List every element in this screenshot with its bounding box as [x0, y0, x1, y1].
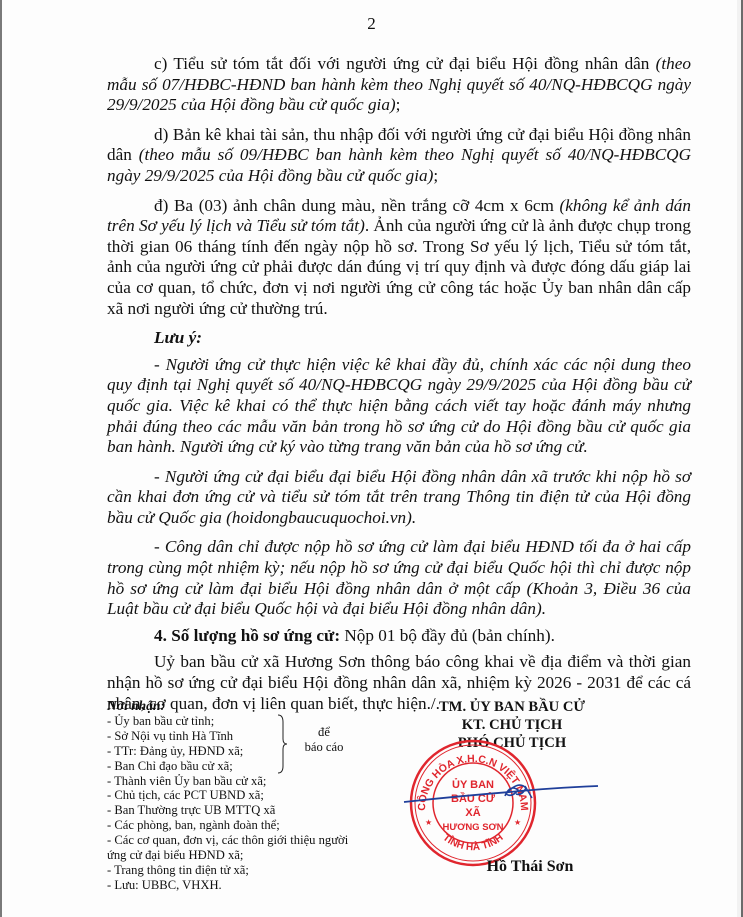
signature-line-1: TM. ỦY BAN BẦU CỬ	[412, 698, 612, 716]
seal-bottom-text: TỈNH HÀ TĨNH	[441, 832, 506, 853]
note-item: - Người ứng cử đại biểu đại biểu Hội đồn…	[107, 467, 691, 529]
paragraph-d-reference: (theo mẫu số 09/HĐBC ban hành kèm theo N…	[107, 145, 691, 185]
recipient-item: - Thành viên Ủy ban bầu cử xã;	[107, 774, 367, 789]
page-number: 2	[0, 14, 743, 34]
document-body: c) Tiểu sử tóm tắt đối với người ứng cử …	[107, 54, 691, 723]
report-label-2: báo cáo	[294, 740, 354, 755]
paragraph-c-end: ;	[396, 95, 401, 114]
recipient-item: - Các phòng, ban, ngành đoàn thể;	[107, 818, 367, 833]
signature-line-2: KT. CHỦ TỊCH	[412, 716, 612, 734]
section-4-text: Nộp 01 bộ đầy đủ (bản chính).	[340, 626, 555, 645]
report-note: để báo cáo	[294, 725, 354, 755]
recipient-item: - Các cơ quan, đơn vị, các thôn giới thi…	[107, 833, 367, 863]
section-4: 4. Số lượng hồ sơ ứng cử: Nộp 01 bộ đầy …	[107, 626, 691, 647]
recipients-title: Nơi nhận:	[107, 699, 367, 714]
paragraph-d-end: ;	[433, 166, 438, 185]
handwritten-signature	[400, 776, 600, 816]
section-4-label: 4. Số lượng hồ sơ ứng cử:	[154, 626, 340, 645]
report-label-1: để	[294, 725, 354, 740]
svg-text:TỈNH HÀ TĨNH: TỈNH HÀ TĨNH	[441, 832, 506, 853]
recipient-item: - Lưu: UBBC, VHXH.	[107, 878, 367, 893]
recipient-item: - Chủ tịch, các PCT UBND xã;	[107, 788, 367, 803]
svg-text:★: ★	[514, 818, 521, 827]
paragraph-c: c) Tiểu sử tóm tắt đối với người ứng cử …	[107, 54, 691, 116]
recipient-item: - Ban Thường trực UB MTTQ xã	[107, 803, 367, 818]
svg-text:★: ★	[425, 818, 432, 827]
note-title: Lưu ý:	[107, 328, 691, 349]
seal-center-line: HƯƠNG SƠN	[442, 822, 503, 833]
paragraph-dd: đ) Ba (03) ảnh chân dung màu, nền trắng …	[107, 196, 691, 320]
recipients-block: Nơi nhận: - Ủy ban bầu cử tỉnh; - Sở Nội…	[107, 699, 367, 893]
note-item: - Người ứng cử thực hiện việc kê khai đầ…	[107, 355, 691, 458]
paragraph-d: d) Bản kê khai tài sản, thu nhập đối với…	[107, 125, 691, 187]
recipient-item: - Trang thông tin điện tử xã;	[107, 863, 367, 878]
recipient-item: - Ban Chỉ đạo bầu cử xã;	[107, 759, 367, 774]
right-brace-icon	[277, 714, 287, 774]
paragraph-dd-text: đ) Ba (03) ảnh chân dung màu, nền trắng …	[154, 196, 560, 215]
signer-name: Hồ Thái Sơn	[460, 858, 600, 876]
note-item: - Công dân chỉ được nộp hồ sơ ứng cử làm…	[107, 537, 691, 619]
paragraph-c-text: c) Tiểu sử tóm tắt đối với người ứng cử …	[154, 54, 656, 73]
